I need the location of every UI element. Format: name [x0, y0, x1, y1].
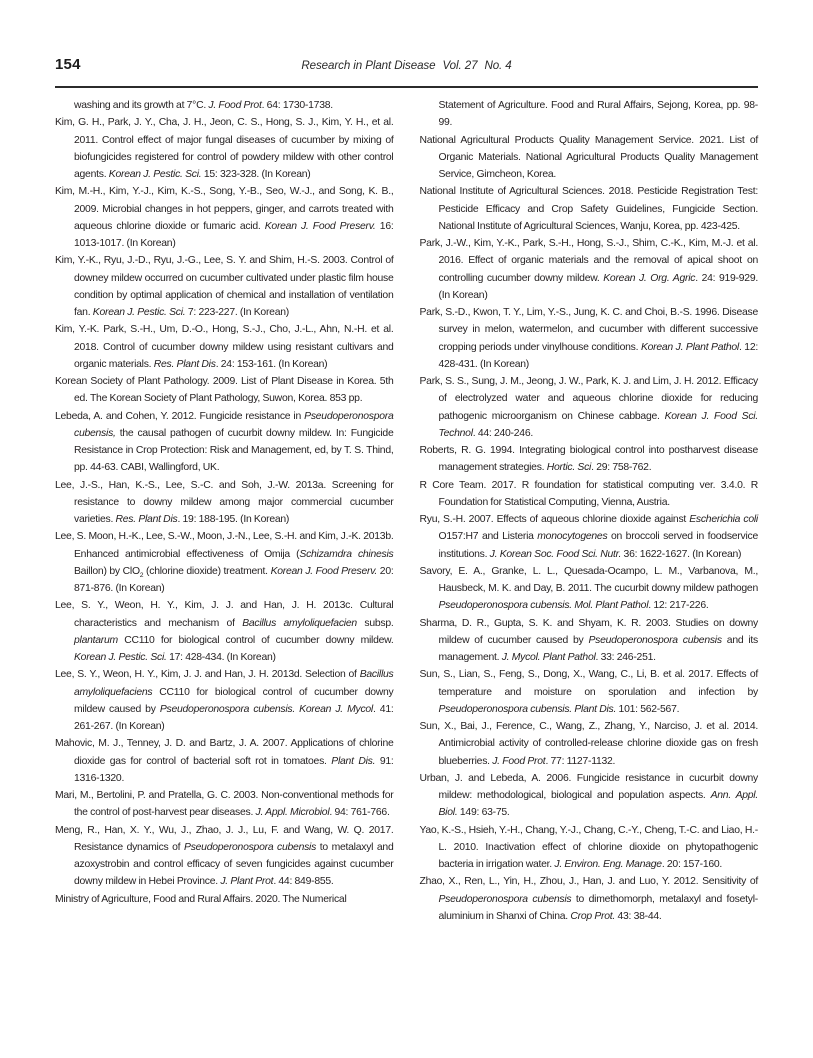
running-head: Research in Plant DiseaseVol. 27No. 4 [55, 59, 758, 72]
reference-entry: Park, J.-W., Kim, Y.-K., Park, S.-H., Ho… [420, 235, 759, 304]
reference-entry: Kim, Y.-K., Ryu, J.-D., Ryu, J.-G., Lee,… [55, 252, 394, 321]
reference-entry: Lee, S. Moon, H.-K., Lee, S.-W., Moon, J… [55, 528, 394, 597]
reference-entry: Kim, Y.-K. Park, S.-H., Um, D.-O., Hong,… [55, 321, 394, 373]
reference-entry: Kim, M.-H., Kim, Y.-J., Kim, K.-S., Song… [55, 183, 394, 252]
reference-entry: Lebeda, A. and Cohen, Y. 2012. Fungicide… [55, 408, 394, 477]
reference-entry: washing and its growth at 7°C. J. Food P… [55, 97, 394, 114]
reference-entry: Korean Society of Plant Pathology. 2009.… [55, 373, 394, 408]
reference-entry: Ministry of Agriculture, Food and Rural … [55, 891, 394, 908]
reference-entry: Savory, E. A., Granke, L. L., Quesada-Oc… [420, 563, 759, 615]
references-section: washing and its growth at 7°C. J. Food P… [55, 97, 758, 925]
references-column-left: washing and its growth at 7°C. J. Food P… [55, 97, 394, 925]
reference-entry: Zhao, X., Ren, L., Yin, H., Zhou, J., Ha… [420, 873, 759, 925]
reference-entry: Sharma, D. R., Gupta, S. K. and Shyam, K… [420, 615, 759, 667]
journal-title: Research in Plant Disease [301, 59, 435, 72]
reference-entry: Yao, K.-S., Hsieh, Y.-H., Chang, Y.-J., … [420, 822, 759, 874]
reference-entry: Ryu, S.-H. 2007. Effects of aqueous chlo… [420, 511, 759, 563]
journal-page: 154 Research in Plant DiseaseVol. 27No. … [0, 0, 813, 1058]
reference-entry: Park, S.-D., Kwon, T. Y., Lim, Y.-S., Ju… [420, 304, 759, 373]
reference-entry: Park, S. S., Sung, J. M., Jeong, J. W., … [420, 373, 759, 442]
references-column-right: Statement of Agriculture. Food and Rural… [420, 97, 759, 925]
journal-issue-number: No. 4 [484, 59, 511, 72]
reference-entry: National Agricultural Products Quality M… [420, 132, 759, 184]
reference-entry: National Institute of Agricultural Scien… [420, 183, 759, 235]
page-header: 154 Research in Plant DiseaseVol. 27No. … [55, 54, 758, 88]
reference-entry: Sun, S., Lian, S., Feng, S., Dong, X., W… [420, 666, 759, 718]
reference-entry: Statement of Agriculture. Food and Rural… [420, 97, 759, 132]
reference-entry: Sun, X., Bai, J., Ference, C., Wang, Z.,… [420, 718, 759, 770]
reference-entry: Meng, R., Han, X. Y., Wu, J., Zhao, J. J… [55, 822, 394, 891]
reference-entry: Lee, S. Y., Weon, H. Y., Kim, J. J. and … [55, 666, 394, 735]
reference-entry: Roberts, R. G. 1994. Integrating biologi… [420, 442, 759, 477]
reference-entry: Kim, G. H., Park, J. Y., Cha, J. H., Jeo… [55, 114, 394, 183]
reference-entry: Urban, J. and Lebeda, A. 2006. Fungicide… [420, 770, 759, 822]
reference-entry: Lee, S. Y., Weon, H. Y., Kim, J. J. and … [55, 597, 394, 666]
reference-entry: Mahovic, M. J., Tenney, J. D. and Bartz,… [55, 735, 394, 787]
reference-entry: Lee, J.-S., Han, K.-S., Lee, S.-C. and S… [55, 477, 394, 529]
reference-entry: Mari, M., Bertolini, P. and Pratella, G.… [55, 787, 394, 822]
journal-volume: Vol. 27 [442, 59, 477, 72]
reference-entry: R Core Team. 2017. R foundation for stat… [420, 477, 759, 512]
